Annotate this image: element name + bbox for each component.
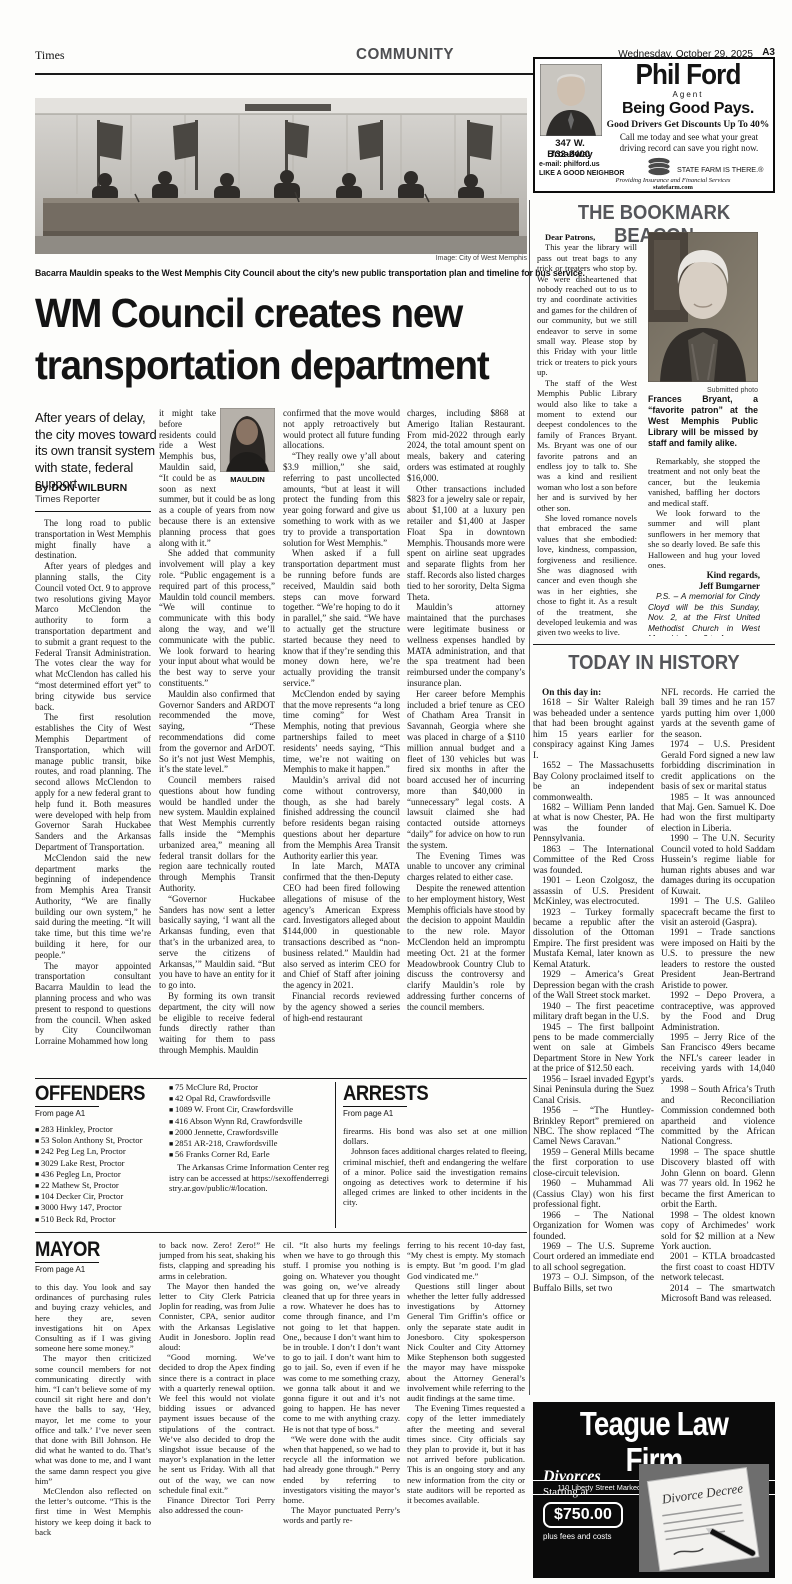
paragraph: 1863 – The International Committee of th… — [533, 845, 654, 876]
paragraph: 1682 – William Penn landed at what is no… — [533, 803, 654, 845]
bookmark-column-2: Submitted photo Frances Bryant, a “favor… — [648, 232, 760, 636]
paragraph: The staff of the West Memphis Public Lib… — [537, 378, 637, 513]
paragraph: 3029 Lake Rest, Proctor — [35, 1158, 163, 1169]
paragraph: In late March, MATA confirmed that the t… — [283, 861, 400, 991]
arrests-text: firearms. His bond was also set at one m… — [343, 1126, 527, 1222]
byline: By DON WILBURN — [35, 482, 151, 494]
offenders-arrests-band: OFFENDERS From page A1 283 Hinkley, Proc… — [35, 1082, 527, 1228]
teague-price: $750.00 — [543, 1502, 623, 1528]
paragraph: 1990 – The U.N. Security Council voted t… — [661, 834, 775, 897]
paragraph: Mauldin’s arrival did not come without c… — [283, 775, 400, 861]
paragraph: Other transactions included $823 for a j… — [407, 484, 525, 603]
bookmark-column-2-text: Remarkably, she stopped the treatment an… — [648, 456, 760, 570]
paragraph: Her career before Memphis included a bri… — [407, 689, 525, 851]
paragraph: The mayor appointed transportation consu… — [35, 961, 151, 1047]
mayor-title: MAYOR — [35, 1238, 141, 1262]
philford-ad: Phil Ford Agent Being Good Pays. Good Dr… — [533, 57, 775, 193]
paragraph: 1974 – U.S. President Gerald Ford signed… — [661, 740, 775, 792]
article-column-3: confirmed that the move would not apply … — [283, 408, 400, 1076]
paragraph: Despite the renewed attention to her emp… — [407, 883, 525, 1013]
paragraph: “We were done with the audit when that h… — [283, 1434, 400, 1505]
history-column-2: NFL records. He carried the ball 39 time… — [661, 688, 775, 1390]
paragraph: Remarkably, she stopped the treatment an… — [648, 456, 760, 508]
paragraph: firearms. His bond was also set at one m… — [343, 1126, 527, 1146]
paragraph: 1945 – The first ballpoint pens to be ma… — [533, 1023, 654, 1075]
mayor-header: MAYOR From page A1 — [35, 1238, 155, 1274]
paragraph: NFL records. He carried the ball 39 time… — [661, 688, 775, 740]
philford-discount-line: Good Drivers Get Discounts Up To 40% — [606, 119, 771, 130]
paragraph: She added that community involvement wil… — [159, 548, 275, 688]
philford-email: e-mail: philford.us — [539, 161, 600, 168]
paragraph: ferring to his recent 10-day fast, “My c… — [407, 1240, 525, 1281]
rail-divider — [529, 200, 530, 1395]
paragraph: 1998 – South Africa’s Truth and Reconcil… — [661, 1085, 775, 1148]
paragraph: to this day. You look and say ordinances… — [35, 1282, 151, 1353]
mauldin-photo-label: MAULDIN — [220, 475, 275, 486]
paragraph: The Mayor punctuated Perry’s words and p… — [283, 1505, 400, 1525]
mayor-column-2: to back now. Zero! Zero!” He jumped from… — [159, 1240, 275, 1584]
offenders-header: OFFENDERS From page A1 — [35, 1082, 160, 1118]
paragraph: 436 Pegleg Ln, Proctor — [35, 1169, 163, 1180]
paragraph: 1940 – The first peacetime military draf… — [533, 1002, 654, 1023]
statefarm-logo — [647, 157, 671, 176]
philford-website: statefarm.com — [575, 184, 771, 191]
mayor-section: MAYOR From page A1 to this day. You look… — [35, 1238, 527, 1584]
council-chamber-illustration — [35, 98, 527, 254]
offenders-arrests-divider — [335, 1082, 336, 1228]
history-top-rule — [533, 644, 775, 645]
paragraph: This year the library will pass out trea… — [537, 242, 637, 377]
paragraph: 1991 – Trade sanctions were imposed on H… — [661, 928, 775, 991]
bookmark-salutation: Dear Patrons, — [537, 232, 637, 242]
history-column-1: On this day in: 1618 – Sir Walter Raleig… — [533, 688, 654, 1390]
article-deck: After years of delay, the city moves tow… — [35, 410, 157, 493]
lead-photo-credit: Image: City of West Memphis — [327, 255, 527, 262]
paragraph: 1089 W. Front Cir, Crawfordsville — [169, 1104, 329, 1115]
paragraph: 1966 – The National Organization for Wom… — [533, 1211, 654, 1242]
offenders-frompage: From page A1 — [35, 1106, 99, 1118]
lead-photo-caption: Bacarra Mauldin speaks to the West Memph… — [35, 268, 527, 278]
bookmark-column-1-text: This year the library will pass out trea… — [537, 242, 637, 636]
paragraph: 1985 – It was announced that Maj. Gen. S… — [661, 793, 775, 835]
paragraph: The mayor then criticized some council m… — [35, 1353, 151, 1486]
lead-photo: Image: City of West Memphis — [35, 98, 527, 254]
paragraph: By forming its own transit department, t… — [159, 991, 275, 1056]
paragraph: McClendon ended by saying that the move … — [283, 689, 400, 775]
philford-name: Phil Ford — [613, 61, 762, 90]
paragraph: Financial records reviewed by the agency… — [283, 991, 400, 1023]
paragraph: 22 Mathew St, Proctor — [35, 1180, 163, 1191]
paragraph: After years of pledges and planning stal… — [35, 561, 151, 712]
paragraph: The Evening Times requested a copy of th… — [407, 1403, 525, 1505]
paragraph: 1652 – The Massachusetts Bay Colony proc… — [533, 761, 654, 803]
bookmark-photo-caption: Frances Bryant, a “favorite patron” at t… — [648, 394, 758, 449]
paragraph: Mauldin’s attorney maintained that the p… — [407, 602, 525, 688]
philford-portrait — [540, 64, 602, 136]
paragraph: 2001 – KTLA broadcasted the first coast … — [661, 1252, 775, 1283]
bookmark-ps: P.S. – A memorial for Cindy Cloyd will b… — [648, 591, 760, 636]
article-column-1: The long road to public transportation i… — [35, 518, 151, 1076]
byline-block: By DON WILBURN Times Reporter — [35, 482, 151, 512]
paragraph: 283 Hinkley, Proctor — [35, 1124, 163, 1135]
paragraph: 416 Abson Wynn Rd, Crawfordsville — [169, 1116, 329, 1127]
paragraph: 53 Solon Anthony St, Proctor — [35, 1135, 163, 1146]
bookmark-signoff-2: Jeff Bumgarner — [648, 581, 760, 591]
newspaper-page: Times COMMUNITY Wednesday, October 29, 2… — [0, 0, 792, 1584]
teague-starting-label: Starting at — [543, 1486, 635, 1498]
paragraph: 1923 – Turkey formally became a republic… — [533, 908, 654, 971]
paragraph: She loved romance novels that embraced t… — [537, 513, 637, 636]
paragraph: 75 McClure Rd, Proctor — [169, 1082, 329, 1093]
bookmark-column-1: Dear Patrons, This year the library will… — [537, 232, 637, 636]
article-column-2: MAULDIN it might take before residents c… — [159, 408, 275, 1076]
offenders-list-a: 283 Hinkley, Proctor53 Solon Anthony St,… — [35, 1124, 163, 1228]
paragraph: The Evening Times was unable to uncover … — [407, 851, 525, 883]
paragraph: Council members raised questions about h… — [159, 775, 275, 894]
paragraph: 1929 – America’s Great Depression began … — [533, 970, 654, 1001]
history-lead: On this day in: — [533, 688, 654, 698]
history-title: TODAY IN HISTORY — [543, 652, 766, 675]
paragraph: 2014 – The smartwatch Microsoft Band was… — [661, 1284, 775, 1305]
bookmark-ps-wrap: P.S. – A memorial for Cindy Cloyd will b… — [648, 591, 760, 636]
paragraph: 510 Beck Rd, Proctor — [35, 1214, 163, 1225]
philford-neighbor-line: LIKE A GOOD NEIGHBOR — [539, 170, 624, 177]
paragraph: “They really owe y’all about $3.9 millio… — [283, 451, 400, 548]
mayor-column-3: cil. “It also hurts my feelings when we … — [283, 1240, 400, 1584]
paragraph: Finance Director Tori Perry also address… — [159, 1495, 275, 1515]
mayor-top-rule — [35, 1232, 527, 1233]
philford-slogan: Being Good Pays. — [605, 100, 771, 118]
paragraph: “Good morning. We’ve decided to drop the… — [159, 1352, 275, 1495]
byline-title: Times Reporter — [35, 494, 151, 512]
history-column-1-text: 1618 – Sir Walter Raleigh was beheaded u… — [533, 698, 654, 1294]
paragraph: 1973 – O.J. Simpson, of the Buffalo Bill… — [533, 1273, 654, 1294]
paragraph: When asked if a full transportation depa… — [283, 548, 400, 688]
philford-phone: 732-2400 — [537, 149, 603, 160]
paragraph: Questions still linger about whether the… — [407, 1281, 525, 1403]
mayor-column-4: ferring to his recent 10-day fast, “My c… — [407, 1240, 525, 1584]
paragraph: 1959 – General Mills became the first co… — [533, 1148, 654, 1179]
paragraph: “Governor Huckabee Sanders has now sent … — [159, 894, 275, 991]
paragraph: We look forward to the summer and will p… — [648, 508, 760, 570]
offenders-note: The Arkansas Crime Information Center re… — [169, 1162, 329, 1193]
teague-ad: Teague Law Firm 110 Liberty Street Marke… — [533, 1402, 775, 1578]
paragraph: cil. “It also hurts my feelings when we … — [283, 1240, 400, 1434]
article-column-4: charges, including $868 at Amerigo Itali… — [407, 408, 525, 1076]
arrests-section: ARRESTS From page A1 firearms. His bond … — [343, 1082, 527, 1228]
mayor-column-1: to this day. You look and say ordinances… — [35, 1282, 151, 1584]
paragraph: 1998 – The oldest known copy of Archimed… — [661, 1211, 775, 1253]
headline-line-2: transportation department — [35, 340, 489, 391]
offenders-list-b-wrap: 75 McClure Rd, Proctor42 Opal Rd, Crawfo… — [169, 1082, 329, 1228]
paragraph: Johnson faces additional charges related… — [343, 1146, 527, 1207]
paragraph: 242 Peg Leg Ln, Proctor — [35, 1146, 163, 1157]
teague-offer: Divorces Starting at $750.00 plus fees a… — [543, 1468, 635, 1541]
offenders-list-b: 75 McClure Rd, Proctor42 Opal Rd, Crawfo… — [169, 1082, 329, 1160]
paragraph: Mauldin also confirmed that Governor San… — [159, 689, 275, 775]
paragraph: 3000 Hwy 147, Proctor — [35, 1202, 163, 1213]
philford-body-text: Call me today and see what your great dr… — [613, 132, 765, 153]
headline-line-1: WM Council creates new — [35, 288, 462, 339]
paragraph: 1969 – The U.S. Supreme Court ordered an… — [533, 1242, 654, 1273]
paragraph: confirmed that the move would not apply … — [283, 408, 400, 451]
paragraph: to back now. Zero! Zero!” He jumped from… — [159, 1240, 275, 1281]
teague-fees-label: plus fees and costs — [543, 1532, 635, 1541]
paragraph: 1956 – “The Huntley-Brinkley Report” pre… — [533, 1106, 654, 1148]
paragraph: 2000 Jennette, Crawfordsville — [169, 1127, 329, 1138]
paragraph: 1998 – The space shuttle Discovery blast… — [661, 1148, 775, 1211]
divorce-decree-image: Divorce Decree — [639, 1464, 769, 1572]
article-column-2-text: it might take before residents could rid… — [159, 408, 275, 1056]
philford-services-line: Providing Insurance and Financial Servic… — [575, 177, 771, 184]
paragraph: 1991 – The U.S. Galileo spacecraft becam… — [661, 897, 775, 928]
bookmark-photo-credit: Submitted photo — [648, 387, 758, 394]
mauldin-photo — [220, 408, 275, 472]
mayor-frompage: From page A1 — [35, 1262, 99, 1274]
bookmark-signoff-1: Kind regards, — [648, 570, 760, 580]
offenders-note-wrap: The Arkansas Crime Information Center re… — [169, 1162, 329, 1193]
paragraph: 1618 – Sir Walter Raleigh was beheaded u… — [533, 698, 654, 761]
paragraph: 42 Opal Rd, Crawfordsville — [169, 1093, 329, 1104]
paragraph: 1956 – Israel invaded Egypt’s Sinai Peni… — [533, 1075, 654, 1106]
paragraph: The first resolution establishes the Cit… — [35, 712, 151, 852]
arrests-frompage: From page A1 — [343, 1106, 407, 1118]
paragraph: 1995 – Jerry Rice of the San Francisco 4… — [661, 1033, 775, 1085]
teague-divorces-label: Divorces — [543, 1468, 635, 1486]
paragraph: 1960 – Muhammad Ali (Cassius Clay) won h… — [533, 1179, 654, 1210]
philford-there-line: STATE FARM IS THERE.® — [677, 165, 763, 174]
philford-agent-label: Agent — [605, 90, 771, 99]
frances-bryant-photo — [648, 232, 758, 382]
arrests-title: ARRESTS — [343, 1082, 505, 1106]
paragraph: 2851 AR-218, Crawfordsville — [169, 1138, 329, 1149]
paragraph: 1992 – Depo Provera, a contraceptive, wa… — [661, 991, 775, 1033]
paragraph: 1901 – Leon Czolgosz, the assassin of U.… — [533, 876, 654, 907]
offenders-title: OFFENDERS — [35, 1082, 145, 1106]
paragraph: McClendon said the new department marks … — [35, 853, 151, 961]
paragraph: The Mayor then handed the letter to City… — [159, 1281, 275, 1352]
paragraph: The long road to public transportation i… — [35, 518, 151, 561]
mauldin-inset: MAULDIN — [220, 408, 275, 486]
paragraph: charges, including $868 at Amerigo Itali… — [407, 408, 525, 484]
paragraph: 56 Franks Corner Rd, Earle — [169, 1149, 329, 1160]
paragraph: 104 Decker Cir, Proctor — [35, 1191, 163, 1202]
paragraph: McClendon also reflected on the letter’s… — [35, 1486, 151, 1537]
offenders-top-rule — [35, 1078, 527, 1079]
